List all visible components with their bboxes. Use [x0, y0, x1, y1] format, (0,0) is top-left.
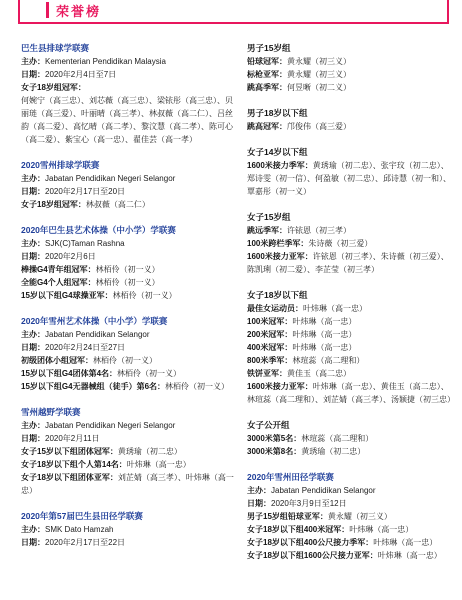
award-line: 女子18岁以下组团体亚军：刘芷婧（高三孝）、叶炜琳（高一忠）	[21, 471, 234, 497]
award-label: 主办：	[21, 57, 45, 66]
award-value: 黄佳玉（高二忠）	[287, 369, 351, 378]
award-line: 女子18岁以下组400公尺接力季军：叶炜琳（高一忠）	[247, 536, 453, 549]
award-value: SMK Dato Hamzah	[45, 525, 113, 534]
award-label: 日期：	[21, 70, 45, 79]
award-line: 日期：2020年2月6日	[21, 250, 234, 263]
award-line: 女子18岁以下组400米冠军：叶炜琳（高一忠）	[247, 523, 453, 536]
award-line: 200米冠军：叶炜琳（高一忠）	[247, 328, 453, 341]
award-value: 叶炜琳（高一忠）	[127, 460, 191, 469]
award-value: 林栢伶（初一义）	[96, 278, 160, 287]
award-label: 标枪亚军：	[247, 70, 287, 79]
award-label: 日期：	[21, 252, 45, 261]
award-line: 全能G4个人组冠军：林栢伶（初一义）	[21, 276, 234, 289]
age-group-section: 女子14岁以下组1600米接力季军：黄琇瑜（初二忠）、张宇玟（初二忠）、郑诗雯（…	[247, 146, 453, 198]
award-line: 1600米接力季军：黄琇瑜（初二忠）、张宇玟（初二忠）、郑诗雯（初一信）、何盈敏…	[247, 159, 453, 198]
age-group-section: 女子公开组3000米第5名：林瑄蕊（高二理和）3000米第8名：黄琇瑜（初二忠）	[247, 419, 453, 458]
award-label: 15岁以下组G4球操亚军：	[21, 291, 113, 300]
event-section: 雪州越野学联赛主办：Jabatan Pendidikan Negeri Sela…	[21, 406, 234, 497]
award-label: 1600米接力季军：	[247, 161, 313, 170]
award-line: 1600米接力亚军：叶炜琳（高一忠）、黄佳玉（高二忠）、林瑄蕊（高二理和）、刘芷…	[247, 380, 453, 406]
event-section: 2020年雪州田径学联赛主办：Jabatan Pendidikan Selang…	[247, 471, 453, 562]
event-title: 雪州越野学联赛	[21, 406, 234, 419]
award-value: Jabatan Pendidikan Selangor	[271, 486, 376, 495]
event-section: 2020年第57届巴生县田径学联赛主办：SMK Dato Hamzah日期：20…	[21, 510, 234, 549]
award-value: 林栢伶（初一义）	[93, 356, 157, 365]
event-section: 2020年雪州艺术体操（中小学）学联赛主办：Jabatan Pendidikan…	[21, 315, 234, 393]
award-value: 2020年2月17日至20日	[45, 187, 125, 196]
award-value: 叶炜琳（高一忠）	[292, 343, 356, 352]
award-value: 叶炜琳（高一忠）	[303, 304, 367, 313]
award-label: 3000米第5名：	[247, 434, 301, 443]
award-value: 黄永耀（初三义）	[287, 70, 351, 79]
column-left: 巴生县排球学联赛主办：Kementerian Pendidikan Malays…	[21, 42, 234, 575]
accent-bar	[46, 2, 49, 18]
award-line: 女子18岁以下组1600公尺接力亚军：叶炜琳（高一忠）	[247, 549, 453, 562]
award-value: 2020年2月24日至27日	[45, 343, 125, 352]
event-section: 2020雪州排球学联赛主办：Jabatan Pendidikan Negeri …	[21, 159, 234, 211]
age-group-section: 男子15岁组铅球冠军：黄永耀（初三义）标枪亚军：黄永耀（初三义）跳高季军：何昱晰…	[247, 42, 453, 94]
award-value: 林栢伶（初一义）	[165, 382, 229, 391]
award-line: 日期：2020年2月24日至27日	[21, 341, 234, 354]
award-value: 林栢伶（初一义）	[113, 291, 177, 300]
event-title: 2020年巴生县艺术体操（中小学）学联赛	[21, 224, 234, 237]
award-label: 主办：	[21, 421, 45, 430]
award-label: 女子18岁以下组400米冠军：	[247, 525, 349, 534]
award-label: 跳高冠军：	[247, 122, 287, 131]
award-label: 日期：	[21, 538, 45, 547]
award-line: 15岁以下组G4无器械组（徒手）第6名：林栢伶（初一义）	[21, 380, 234, 393]
award-label: 男子15岁组铅球亚军：	[247, 512, 328, 521]
award-label: 主办：	[21, 330, 45, 339]
award-line: 男子15岁组铅球亚军：黄永耀（初三义）	[247, 510, 453, 523]
award-value: 叶炜琳（高一忠）	[292, 330, 356, 339]
award-line: 主办：Jabatan Pendidikan Negeri Selangor	[21, 419, 234, 432]
age-group-title: 女子公开组	[247, 419, 453, 432]
award-value: Jabatan Pendidikan Negeri Selangor	[45, 174, 175, 183]
age-group-section: 女子15岁组跳远季军：许铱恩（初三孝）100米跨栏季军：朱诗薇（初三爱）1600…	[247, 211, 453, 276]
award-line: 主办：SJK(C)Taman Rashna	[21, 237, 234, 250]
award-line: 棒操G4青年组冠军：林栢伶（初一义）	[21, 263, 234, 276]
award-label: 铁饼亚军：	[247, 369, 287, 378]
award-label: 女子18岁以下组400公尺接力季军：	[247, 538, 373, 547]
award-value: 林栢伶（初一义）	[96, 265, 160, 274]
award-line: 主办：Jabatan Pendidikan Negeri Selangor	[21, 172, 234, 185]
age-group-section: 女子18岁以下组最佳女运动员：叶炜琳（高一忠）100米冠军：叶炜琳（高一忠）20…	[247, 289, 453, 406]
award-label: 3000米第8名：	[247, 447, 301, 456]
award-value: 叶炜琳（高一忠）	[292, 317, 356, 326]
award-label: 1600米接力亚军：	[247, 252, 313, 261]
award-line: 主办：SMK Dato Hamzah	[21, 523, 234, 536]
award-label: 日期：	[21, 187, 45, 196]
award-label: 棒操G4青年组冠军：	[21, 265, 96, 274]
award-label: 女子18岁组冠军：	[21, 83, 86, 92]
award-label: 日期：	[21, 343, 45, 352]
award-line: 日期：2020年3月9日至12日	[247, 497, 453, 510]
award-value: 2020年2月11日	[45, 434, 100, 443]
award-line: 1600米接力亚军：许铱恩（初三孝）、朱诗薇（初三爱）、陈凯琍（初二爱）、李芷莹…	[247, 250, 453, 276]
award-label: 跳高季军：	[247, 83, 287, 92]
award-line: 主办：Jabatan Pendidikan Selangor	[21, 328, 234, 341]
award-line: 3000米第5名：林瑄蕊（高二理和）	[247, 432, 453, 445]
award-value: 林叔薇（高二仁）	[86, 200, 150, 209]
award-line: 日期：2020年2月17日至22日	[21, 536, 234, 549]
age-group-title: 男子18岁以下组	[247, 107, 453, 120]
award-label: 铅球冠军：	[247, 57, 287, 66]
award-value: 林瑄蕊（高二理和）	[301, 434, 373, 443]
event-title: 2020年雪州艺术体操（中小学）学联赛	[21, 315, 234, 328]
award-value: 何昱晰（初二义）	[287, 83, 351, 92]
award-label: 100米跨栏季军：	[247, 239, 308, 248]
age-group-title: 男子15岁组	[247, 42, 453, 55]
award-label: 最佳女运动员：	[247, 304, 303, 313]
award-label: 主办：	[247, 486, 271, 495]
award-label: 主办：	[21, 174, 45, 183]
event-title: 2020雪州排球学联赛	[21, 159, 234, 172]
award-line: 15岁以下组G4团体第4名：林栢伶（初一义）	[21, 367, 234, 380]
honor-roll-banner: 荣誉榜	[18, 0, 449, 24]
event-title: 巴生县排球学联赛	[21, 42, 234, 55]
award-label: 女子18岁组冠军：	[21, 200, 86, 209]
award-line: 初级团体小组冠军：林栢伶（初一义）	[21, 354, 234, 367]
award-label: 15岁以下组G4团体第4名：	[21, 369, 117, 378]
award-label: 初级团体小组冠军：	[21, 356, 93, 365]
award-label: 女子18岁以下组个人第14名：	[21, 460, 127, 469]
award-line: 女子18岁组冠军：	[21, 81, 234, 94]
award-label: 200米冠军：	[247, 330, 292, 339]
event-title: 2020年雪州田径学联赛	[247, 471, 453, 484]
page-title: 荣誉榜	[56, 5, 101, 18]
award-line: 铅球冠军：黄永耀（初三义）	[247, 55, 453, 68]
age-group-title: 女子18岁以下组	[247, 289, 453, 302]
award-line: 400米冠军：叶炜琳（高一忠）	[247, 341, 453, 354]
award-value: 叶炜琳（高一忠）	[378, 551, 442, 560]
award-line: 100米跨栏季军：朱诗薇（初三爱）	[247, 237, 453, 250]
award-value: 黄永耀（初三义）	[328, 512, 392, 521]
award-value: 朱诗薇（初三爱）	[308, 239, 372, 248]
award-value: 林栢伶（初一义）	[117, 369, 181, 378]
award-label: 女子18岁以下组1600公尺接力亚军：	[247, 551, 378, 560]
award-line: 跳高冠军：邝俊伟（高三爱）	[247, 120, 453, 133]
award-label: 400米冠军：	[247, 343, 292, 352]
award-value: Kementerian Pendidikan Malaysia	[45, 57, 166, 66]
award-line: 日期：2020年2月11日	[21, 432, 234, 445]
award-value: 2020年2月17日至22日	[45, 538, 125, 547]
award-value: 黄永耀（初三义）	[287, 57, 351, 66]
award-line: 100米冠军：叶炜琳（高一忠）	[247, 315, 453, 328]
content-columns: 巴生县排球学联赛主办：Kementerian Pendidikan Malays…	[21, 42, 453, 575]
award-line: 跳高季军：何昱晰（初二义）	[247, 81, 453, 94]
award-label: 日期：	[247, 499, 271, 508]
award-value: 2020年3月9日至12日	[271, 499, 347, 508]
award-label: 日期：	[21, 434, 45, 443]
award-value: 黄琇瑜（初二忠）	[118, 447, 182, 456]
award-line: 何婉宁（高三忠）、刘芯薇（高三忠）、梁铱彤（高三忠）、贝丽琏（高三爱）、叶丽晴（…	[21, 94, 234, 146]
award-line: 最佳女运动员：叶炜琳（高一忠）	[247, 302, 453, 315]
award-label: 主办：	[21, 525, 45, 534]
award-value: 叶炜琳（高一忠）	[373, 538, 437, 547]
award-line: 铁饼亚军：黄佳玉（高二忠）	[247, 367, 453, 380]
event-section: 巴生县排球学联赛主办：Kementerian Pendidikan Malays…	[21, 42, 234, 146]
award-line: 跳远季军：许铱恩（初三孝）	[247, 224, 453, 237]
award-line: 3000米第8名：黄琇瑜（初二忠）	[247, 445, 453, 458]
age-group-title: 女子15岁组	[247, 211, 453, 224]
event-section: 2020年巴生县艺术体操（中小学）学联赛主办：SJK(C)Taman Rashn…	[21, 224, 234, 302]
award-value: 林瑄蕊（高二理和）	[292, 356, 364, 365]
award-value: 何婉宁（高三忠）、刘芯薇（高三忠）、梁铱彤（高三忠）、贝丽琏（高三爱）、叶丽晴（…	[21, 96, 233, 144]
award-value: Jabatan Pendidikan Negeri Selangor	[45, 421, 175, 430]
age-group-section: 男子18岁以下组跳高冠军：邝俊伟（高三爱）	[247, 107, 453, 133]
award-value: Jabatan Pendidikan Selangor	[45, 330, 150, 339]
award-value: 2020年2月4日至7日	[45, 70, 116, 79]
award-value: 许铱恩（初三孝）	[287, 226, 351, 235]
event-title: 2020年第57届巴生县田径学联赛	[21, 510, 234, 523]
award-line: 主办：Kementerian Pendidikan Malaysia	[21, 55, 234, 68]
award-value: SJK(C)Taman Rashna	[45, 239, 125, 248]
award-label: 1600米接力亚军：	[247, 382, 313, 391]
award-label: 女子15岁以下组团体冠军：	[21, 447, 118, 456]
award-line: 800米季军：林瑄蕊（高二理和）	[247, 354, 453, 367]
award-label: 主办：	[21, 239, 45, 248]
award-line: 日期：2020年2月4日至7日	[21, 68, 234, 81]
award-value: 叶炜琳（高一忠）	[349, 525, 413, 534]
award-label: 女子18岁以下组团体亚军：	[21, 473, 118, 482]
award-label: 15岁以下组G4无器械组（徒手）第6名：	[21, 382, 165, 391]
award-label: 800米季军：	[247, 356, 292, 365]
award-line: 主办：Jabatan Pendidikan Selangor	[247, 484, 453, 497]
award-line: 女子18岁组冠军：林叔薇（高二仁）	[21, 198, 234, 211]
award-label: 全能G4个人组冠军：	[21, 278, 96, 287]
award-label: 100米冠军：	[247, 317, 292, 326]
age-group-title: 女子14岁以下组	[247, 146, 453, 159]
award-value: 邝俊伟（高三爱）	[287, 122, 351, 131]
award-line: 女子18岁以下组个人第14名：叶炜琳（高一忠）	[21, 458, 234, 471]
award-line: 日期：2020年2月17日至20日	[21, 185, 234, 198]
award-line: 15岁以下组G4球操亚军：林栢伶（初一义）	[21, 289, 234, 302]
award-line: 女子15岁以下组团体冠军：黄琇瑜（初二忠）	[21, 445, 234, 458]
award-value: 2020年2月6日	[45, 252, 96, 261]
award-label: 跳远季军：	[247, 226, 287, 235]
column-right: 男子15岁组铅球冠军：黄永耀（初三义）标枪亚军：黄永耀（初三义）跳高季军：何昱晰…	[247, 42, 453, 575]
award-line: 标枪亚军：黄永耀（初三义）	[247, 68, 453, 81]
award-value: 黄琇瑜（初二忠）	[301, 447, 365, 456]
